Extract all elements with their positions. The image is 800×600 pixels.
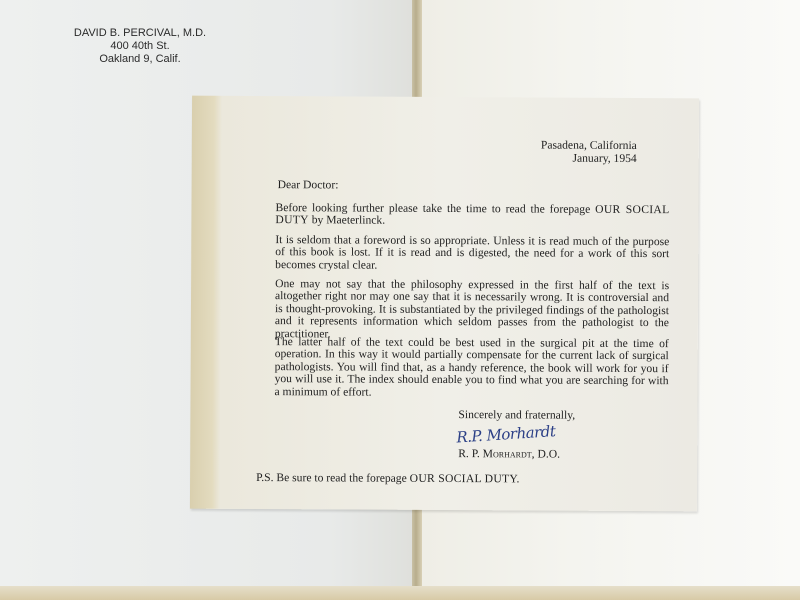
stamp-name: DAVID B. PERCIVAL, M.D. xyxy=(60,27,220,40)
paragraph-1-tail: by Maeterlinck. xyxy=(309,214,385,227)
postscript-text: P.S. Be sure to read the forepage xyxy=(256,471,410,485)
handwritten-signature: R.P. Morhardt xyxy=(456,425,556,444)
letter-sheet: Pasadena, California January, 1954 Dear … xyxy=(190,96,699,512)
paragraph-3: One may not say that the philosophy expr… xyxy=(275,278,669,342)
postscript: P.S. Be sure to read the forepage OUR SO… xyxy=(256,472,520,486)
paragraph-1: Before looking further please take the t… xyxy=(275,202,669,229)
stamp-street: 400 40th St. xyxy=(60,40,220,53)
stamp-city: Oakland 9, Calif. xyxy=(60,53,220,66)
closing: Sincerely and fraternally, xyxy=(458,409,575,422)
owner-address-stamp: DAVID B. PERCIVAL, M.D. 400 40th St. Oak… xyxy=(60,27,220,66)
signer-title: , D.O. xyxy=(532,447,560,460)
letter-date: January, 1954 xyxy=(541,152,637,165)
postscript-book-title: OUR SOCIAL DUTY. xyxy=(410,472,520,486)
signer-name: R. P. Morhardt xyxy=(458,447,532,460)
paragraph-4: The latter half of the text could be bes… xyxy=(275,336,669,400)
paragraph-2: It is seldom that a foreword is so appro… xyxy=(275,234,669,273)
dateline: Pasadena, California January, 1954 xyxy=(541,140,637,166)
letter-place: Pasadena, California xyxy=(541,140,637,153)
signer-line: R. P. Morhardt, D.O. xyxy=(458,448,560,461)
salutation: Dear Doctor: xyxy=(278,179,339,192)
page-bottom-edge xyxy=(0,586,800,600)
